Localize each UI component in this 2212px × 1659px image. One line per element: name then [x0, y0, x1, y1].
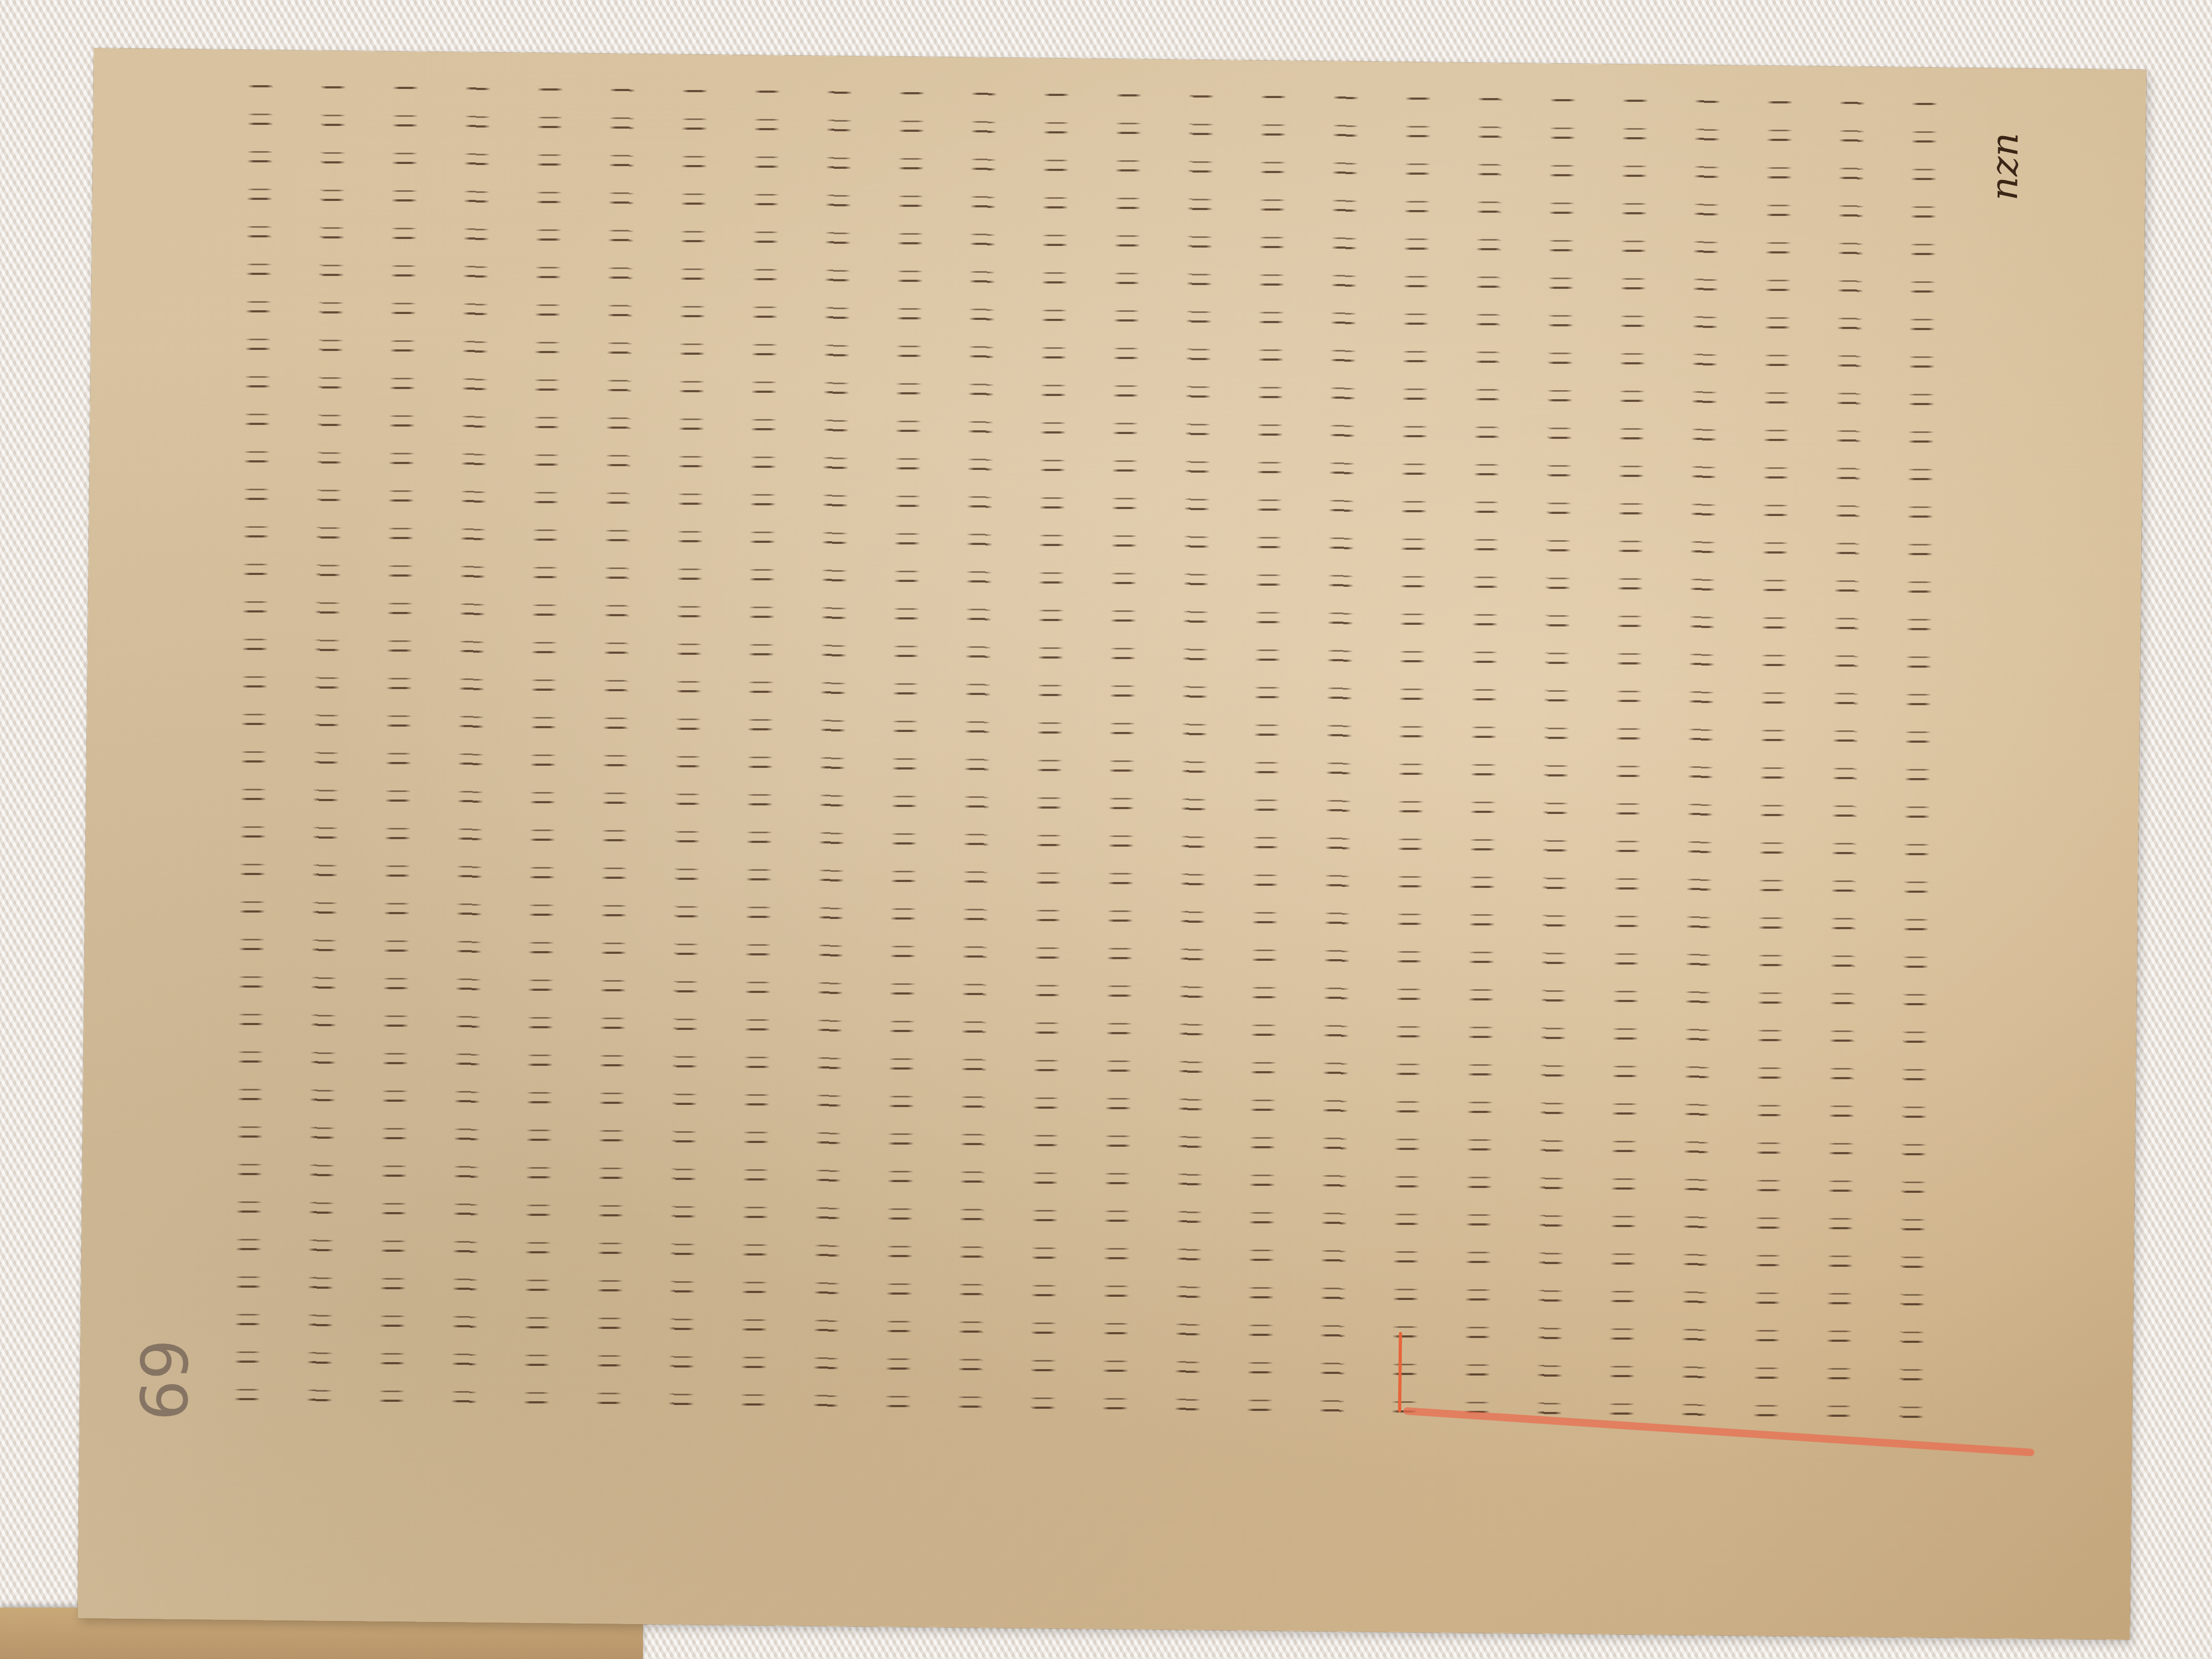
- manuscript-line: [1749, 98, 1795, 1427]
- manuscript-line: [592, 86, 638, 1415]
- manuscript-line: [375, 84, 421, 1413]
- manuscript-line: [1532, 95, 1578, 1424]
- page-number: 69: [128, 1339, 204, 1421]
- handwritten-text-block: [207, 82, 2098, 1549]
- manuscript-line: [519, 85, 565, 1414]
- manuscript-line: [809, 88, 855, 1417]
- manuscript-line: [1821, 99, 1867, 1428]
- manuscript-line: [1170, 92, 1216, 1421]
- manuscript-line: [881, 89, 927, 1418]
- manuscript-line: [1243, 93, 1289, 1422]
- manuscript-line: [736, 87, 782, 1416]
- catchword: uzu: [1989, 132, 2033, 201]
- manuscript-line: [1677, 97, 1723, 1426]
- manuscript-line: [1098, 91, 1144, 1420]
- manuscript-line: [1894, 99, 1940, 1428]
- manuscript-line: [447, 84, 493, 1413]
- manuscript-line: [1604, 96, 1650, 1425]
- manuscript-line: [1315, 93, 1361, 1422]
- manuscript-line: [1387, 94, 1433, 1423]
- manuscript-line: [302, 83, 348, 1411]
- manuscript-line: [1460, 95, 1506, 1424]
- manuscript-line: [230, 82, 276, 1411]
- manuscript-page: 69 uzu: [78, 48, 2146, 1640]
- manuscript-line: [1026, 91, 1072, 1419]
- manuscript-line: [953, 89, 999, 1418]
- manuscript-line: [664, 86, 710, 1415]
